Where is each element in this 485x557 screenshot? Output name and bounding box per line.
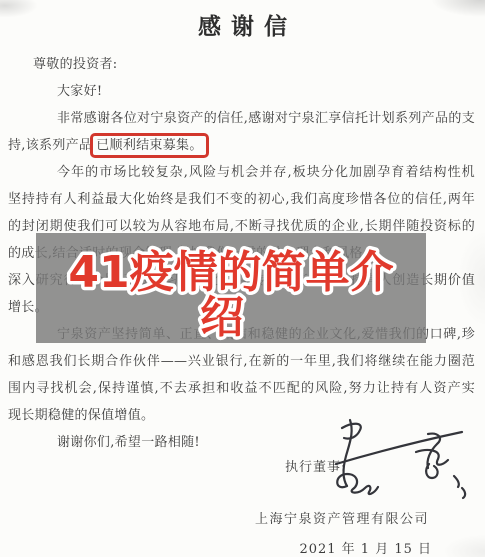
letter-line: 坚持持有人利益最大化始终是我们不变的初心,我们高度珍惜各位的信任,两年 — [8, 186, 475, 213]
letter-date: 2021 年 1 月 15 日 — [299, 538, 432, 557]
line-prefix: 持,该系列产品 — [8, 138, 92, 153]
signature-strokes — [320, 412, 470, 502]
scanned-letter-page: 感谢信 尊敬的投资者: 大家好! 非常感谢各位对宁泉资产的信任,感谢对宁泉汇享信… — [0, 0, 485, 557]
letter-title: 感谢信 — [0, 8, 485, 41]
letter-line: 大家好! — [8, 78, 475, 105]
letter-line: 尊敬的投资者: — [8, 51, 475, 78]
watermark-title: 41疫情的简单介 绍 — [36, 233, 426, 343]
handwritten-signature — [320, 412, 470, 506]
letter-line: 今年的市场比较复杂,风险与机会并存,板块分化加剧孕育着结构性机会。 — [8, 159, 475, 186]
watermark-text-line1: 41疫情的简单介 — [68, 247, 393, 298]
company-name: 上海宁泉资产管理有限公司 — [255, 508, 429, 527]
letter-line: 非常感谢各位对宁泉资产的信任,感谢对宁泉汇享信托计划系列产品的支 — [8, 105, 475, 132]
letter-line: 和感恩我们长期合作伙伴——兴业银行,在新的一年里,我们将继续在能力圈范 — [8, 348, 475, 375]
letter-line: 围内寻找机会,保持谨慎,不去承担和收益不匹配的风险,努力让持有人资产实 — [8, 375, 475, 402]
watermark-overlay: 41疫情的简单介 绍 — [36, 233, 426, 343]
letter-line: 持,该系列产品已顺利结束募集。 — [8, 132, 475, 159]
highlight-box: 已顺利结束募集。 — [90, 133, 208, 158]
watermark-text-line2: 绍 — [200, 292, 244, 343]
